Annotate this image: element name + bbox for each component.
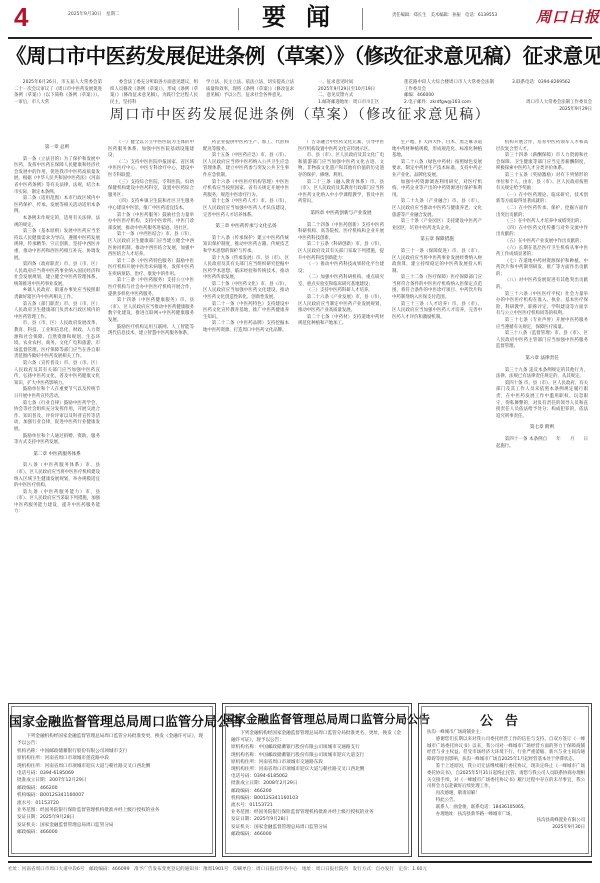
article: 广告等融合中医药文化元素，引导中医医疗机构设置中医药文化宣传展示区。 <box>298 140 384 153</box>
notice-field: 流水号：01153720 <box>17 800 207 807</box>
notice-intro: 下列金融机构经国家金融监督管理总局周口监管分局批准变更，换发《金融许可证》，现予… <box>17 733 207 748</box>
notice-field: 批准成立日期：2008年2月29日 <box>231 780 405 787</box>
chapter-heading: 第二章 中医药服务体系 <box>14 452 100 459</box>
article: 第二十四条（中医药创新）支持中医药科研机构、高等院校、医疗机构和企业开展中医药科… <box>298 223 384 243</box>
article: 第八条（中医药服务体系）市、县（市）、区人民政府应当将中医医疗机构建设纳入区域卫… <box>14 463 100 489</box>
article: 第十六条（中医医疗机构管理）中医医疗机构应当按照国家、省有关规定开展中医药服务，… <box>203 180 289 200</box>
article: （五）在中医药产业发展中作出贡献的； <box>496 239 588 246</box>
article: 第三十八条（监督管理）市、县（市）、区人民政府中医药主管部门应当加强中医药服务监… <box>496 331 588 351</box>
article: （三）支持综合医院、专科医院、妇幼保健机构建设中医药科室，设置中医药综合服务区； <box>108 180 194 200</box>
article: 第四十条 市、县（市）、区人民政府、有关部门及其工作人员未依照本条例规定履行职责… <box>496 381 588 421</box>
newspaper-logo: 周口日报 <box>536 6 600 27</box>
article: （一）在中医药理论、临床研究、技术创新等方面取得显著成就的； <box>496 193 588 206</box>
bottom-rule <box>8 861 592 863</box>
top-rule <box>8 37 592 39</box>
intro-signature-date: 2025年9月29日 <box>492 107 592 114</box>
draft-subtitle: 周口市中医药发展促进条例（草案）（修改征求意见稿） <box>100 104 500 126</box>
article: 本条例未作规定的，适用有关法律、法规的规定。 <box>14 216 100 229</box>
notice-field: 机构名称：中国邮政储蓄银行股份有限公司项城市支行 <box>17 748 207 755</box>
intro-col-3: 学立法、民主立法、依法立法，切实提高立法质量和效率，现将《条例（草案）》（修改征… <box>206 80 294 100</box>
notice-greeting: 扶沟一峰城市广场商铺业主： <box>427 730 585 737</box>
article: 市、县（市）、区人民政府及其文化广电和旅游部门应当加强中医药文化古迹、文物、非物… <box>298 153 384 179</box>
notice-field: 邮政编码：466000 <box>17 829 207 836</box>
notice-field: 原机构名称：中国邮政储蓄银行股份有限公司项城市交通路支行 <box>231 744 405 751</box>
article: 机构开展合作，培育中医药领军人才和高层次复合型人才。 <box>496 140 588 153</box>
notice-body: 下列金融机构经国家金融监督管理总局周口监管分局批准变更，换发《金融许可证》，现予… <box>17 733 207 837</box>
notice-title: 国家金融监督管理总局周口监管分局公告 <box>9 711 215 730</box>
article: 加强中药资源调查利用研究，对医疗机构、中药企业等产出的中药资源进行保护和利用。 <box>392 180 482 200</box>
article: 第十三条（中医药服务）支持公立中医医疗机构与社会办中医医疗机构开展合作，提供多样… <box>108 278 194 298</box>
article: 鼓励医疗机构运用互联网、人工智能等现代信息技术，建立智慧中医药服务体系。 <box>108 325 194 338</box>
article: 第十二条（中医药特色服务）鼓励中医医疗机构开展中医治未病服务，发挥中医药在疾病预… <box>108 259 194 279</box>
intro-col-6: 3.联系电话：0394-8269562 <box>512 80 592 87</box>
chapter-heading: 第六章 法律责任 <box>496 356 588 363</box>
chapter-heading: 第一章 总则 <box>14 145 100 152</box>
body-column-3: 药企业提供中医药生产、加工、代煎和配送等服务。 第十五条（中医药应急）市、县（市… <box>203 140 289 685</box>
article: 第四条（政府职责）市、县（市、区）人民政府应当将中医药事业纳入国民经济和社会发展… <box>14 262 100 288</box>
notice-intro: 下列金融机构经国家金融监督管理总局周口监管分局批准更名、更址，换发《金融许可证》… <box>231 730 405 744</box>
article: 鼓励单位和个人在重要节气以及传统节日开展中医药宣传活动。 <box>14 387 100 400</box>
article: 第九条（中医药服务能力）市、县（市）、区人民政府应当采取下列措施，加强中医药服务… <box>14 490 100 516</box>
body-column-5: 生产地，扩大四大怀、白术、黑芝麻等道地中药材种植规模，形成规范化、标准化种植基地… <box>392 140 482 685</box>
article: 市、县（市、区）人民政府发展改革、教育、科技、工业和信息化、财政、人力资源和社会… <box>14 321 100 361</box>
chapter-heading: 第七章 附则 <box>496 425 588 432</box>
body-column-4: 广告等融合中医药文化元素，引导中医医疗机构设置中医药文化宣传展示区。 市、县（市… <box>298 140 384 685</box>
article: 鼓励单位和个人通过捐赠、资助、服务等方式支持中医药发展。 <box>14 434 100 447</box>
article: 第三十二条（医疗保障）医疗保障部门应当将符合条件的中医医疗机构纳入医保定点范围，… <box>392 275 482 301</box>
article: 第十四条（中医药健康服务）市、县（市）、区人民政府应当推动中医药健康服务数字化建… <box>108 298 194 324</box>
article: 第三十一条（保障促进）市、县（市）、区人民政府应当将中医药事业发展经费纳入财政预… <box>392 249 482 275</box>
notice-field: 邮政编码：466200 <box>231 788 405 795</box>
finance-notice-1: 国家金融监督管理总局周口监管分局公告 下列金融机构经国家金融监督管理总局周口监管… <box>8 703 216 857</box>
notice-field: 发证日期：2025年9月28日 <box>17 814 207 821</box>
article: 第十五条（中医药应急）市、县（市）、区人民政府应当将中医药纳入公共卫生应急管理体… <box>203 153 289 179</box>
page-number: 4 <box>14 3 28 31</box>
article: 第三十五条（奖励激励）对有下列情形的单位和个人，由市、县（市）、区人民政府按照有… <box>496 173 588 193</box>
article: 第二十七条（中药材）支持道地中药材规范化种植和产地加工。 <box>298 315 384 328</box>
masthead-divider <box>362 8 363 30</box>
notice-body: 扶沟一峰城市广场商铺业主： 感谢您们长期以来对我公司委托经营工作的信任与支持。自… <box>427 730 585 832</box>
article: （二）在中医药传承、保护、挖掘方面作出突出贡献的； <box>496 206 588 219</box>
notice-body: 下列金融机构经国家金融监督管理总局周口监管分局批准更名、更址，换发《金融许可证》… <box>231 730 405 838</box>
notice-field: 现机构名称：中国邮政储蓄银行股份有限公司项城市迎宾大道支行 <box>231 752 405 759</box>
body-column-6: 机构开展合作，培育中医药领军人才和高层次复合型人才。 第三十四条（薪酬保障）市人… <box>496 140 588 685</box>
article: 第二十九条（产业融合）市、县（市）、区人民政府应当推动中医药与健康养老、文化旅游… <box>392 199 482 219</box>
article: 第二条（适用范围）本市行政区域内中医药保护、传承、发展等相关活动适用本条例。 <box>14 196 100 216</box>
notice-field: 发证日期：2025年9月28日 <box>231 816 405 823</box>
notice-field: 机构编码：B0012S341160007 <box>17 792 207 799</box>
article: 第十八条（传承保护）建立中医药传统知识保护制度，推动中医药古籍、传统技艺和学术思… <box>203 236 289 256</box>
notice-field: 发证机关：国家金融监督管理总局周口监管分局 <box>231 824 405 831</box>
main-headline: 《周口市中医药发展促进条例（草案）》（修改征求意见稿）征求意见公告 <box>6 42 594 70</box>
masthead-divider <box>238 8 239 30</box>
notice-title: 国家金融监督管理总局周口监管分局公告 <box>223 711 411 727</box>
notice-field: 原机构住所：河南省周口市项城市交通路东段 <box>231 759 405 766</box>
notice-field: 现机构住所：河南省周口市项城市迎宾大道与朝社路交叉口西北侧 <box>231 766 405 773</box>
chapter-heading: 第五章 保障措施 <box>392 237 482 244</box>
article: 第一条（立法目的）为了保护和发展中医药，发挥中医药在保障人民健康和经济社会发展中… <box>14 157 100 197</box>
notice-signature-date: 2025年9月30日 <box>427 825 585 832</box>
article: 第三十四条（薪酬保障）市人力资源和社会保障、卫生健康等部门应当完善薪酬制度，积极… <box>496 153 588 173</box>
body-column-2: （一）健全以公立中医医院为主体的中医药服务体系，加强中医医院基础设施建设； （二… <box>108 140 194 685</box>
article: 第二十一条（中医药特色）支持建设中医药文化宣传教育基地，推广中医药健康养生知识。 <box>203 302 289 322</box>
article: 第二十六条（产业发展）市、县（市）、区人民政府应当制定中医药产业发展规划，推动中… <box>298 295 384 315</box>
article: 生产地，扩大四大怀、白术、黑芝麻等道地中药材种植规模，形成规范化、标准化种植基地… <box>392 140 482 160</box>
article: （七）在道地中药材资源保护和种植、中药饮片和中药制剂研发、推广等方面作出贡献的； <box>496 259 588 279</box>
notice-title: 公告 <box>419 710 591 729</box>
article: 第十九条（传承发展）市、县（市）、区人民政府及其有关部门应当组织研究挖掘中医药学… <box>203 256 289 282</box>
article: 第十七条（中医药人才）市、县（市）、区人民政府应当加强中医药人才队伍建设，完善中… <box>203 199 289 219</box>
intro-col-4: 一、征求意见时间 2025年9月29日至10月19日 二、意见反馈方式 1.邮寄… <box>318 80 406 106</box>
article: 第二十三条（融入教育体系）市、县（市）、区人民政府及其教育行政部门应当将中医药文… <box>298 180 384 206</box>
notice-field: 电话号码：0394-6185069 <box>17 770 207 777</box>
article: （二）支持中医医院申报国家、省区域中医医疗中心、中医专科诊疗中心，建设中医专科联… <box>108 160 194 180</box>
property-notice: 公告 扶沟一峰城市广场商铺业主： 感谢您们长期以来对我公司委托经营工作的信任与支… <box>418 703 592 857</box>
article: 第二十八条（绿色中药材）按照绿色发展要求，制定中药材生产技术标准，支持中药企业产… <box>392 160 482 180</box>
page-footer: 社址：河南省周口市周口大道中段6号 邮政编码：466099 准予广告发布变更登记… <box>8 866 592 872</box>
chapter-heading: 第四章 中医药创新与产业发展 <box>298 211 384 218</box>
notice-field: 电话号码：0394-6185062 <box>231 773 405 780</box>
article: （四）在中医药文化传播与对外交流中作出贡献的； <box>496 226 588 239</box>
article: 第五条（部门职责）市、县（市、区）人民政府卫生健康部门负责本行政区域内的中医药管… <box>14 302 100 322</box>
article: 第三十条（产业园区）支持建设中医药产业园区，培育中医药龙头企业。 <box>392 219 482 232</box>
article: 第三条（基本原则）发展中医药应当坚持以人民健康需求为导向，遵循中医药发展规律，传… <box>14 229 100 262</box>
article: （四）支持乡镇卫生院和社区卫生服务中心建设中医馆，推广中医药适宜技术。 <box>108 199 194 212</box>
article: 第三十三条（人才培养）市、县（市）、区人民政府应当加强中医药人才培养，完善中医药… <box>392 302 482 322</box>
intro-col-1: 2025年6月26日，市五届人大常委会第二十一次会议审议了《周口市中医药发展促进… <box>14 80 102 106</box>
notice-paragraph: 感谢您们长期以来对我公司委托经营工作的信任与支持。自双方签订《一峰城市广场委托协… <box>427 737 585 764</box>
notice-paragraph: 鉴于上述原因，我公司无法继续履行委托协议，现决定终止《一峰城市广场委托协议书》，… <box>427 764 585 791</box>
chapter-heading: 第三章 中医药传承与文化弘扬 <box>203 224 289 231</box>
notice-field: 批准成立日期：2007年12月29日 <box>17 777 207 784</box>
intro-signature-org: 周口市人大常委会法制工作委员会 <box>492 100 592 107</box>
notice-field: 现机构住所：河南省周口市项城市迎宾大道与朝社路交叉口西北侧 <box>17 763 207 770</box>
finance-notice-2: 国家金融监督管理总局周口监管分局公告 下列金融机构经国家金融监督管理总局周口监管… <box>222 703 412 857</box>
article: 第十条（中医药服务）鼓励社会力量举办中医医疗机构，支持中医诊所、中医门诊部发展，… <box>108 213 194 233</box>
article: （一）健全以公立中医医院为主体的中医药服务体系，加强中医医院基础设施建设； <box>108 140 194 160</box>
notice-field: 业务范围：经国务院银行保险监督管理机构批准并经上级行授权的业务 <box>17 807 207 814</box>
article: 第六条（宣传普及）市、县（市、区）人民政府及其有关部门应当加强中医药宣传，弘扬中… <box>14 361 100 387</box>
article: 第三十六条（中医医疗平权）社会力量举办的中医医疗机构在准入、执业、基本医疗保险、… <box>496 292 588 318</box>
article: 第三十七条（专业声誉）开展中医药服务应当遵循有关规定，保障医疗质量。 <box>496 318 588 331</box>
notice-paragraph: 特此公告。 <box>427 798 585 805</box>
article: 第四十一条 本条例自 年 月 日起施行。 <box>496 437 588 450</box>
notice-field: 原机构住所：河南省周口市项城市莲花路中段 <box>17 755 207 762</box>
article: （一）推动中医药科技成果转化平台建设； <box>298 262 384 275</box>
notice-paragraph: 再次感谢，敬请谅解！ <box>427 791 585 798</box>
article: （六）长期在基层医疗卫生机构从事中医药工作成绩显著的； <box>496 246 588 259</box>
article: （二）加强中医药科研机构、重点研究室、重点实验室和临床研究基地建设； <box>298 275 384 288</box>
article: 第七条（行业自律）鼓励中医药学会、协会等社会组织充分发挥作用，开展交流合作、知识… <box>14 401 100 434</box>
notice-field: 业务范围：经国务院银行保险监督管理机构批准并经上级行授权的业务 <box>231 809 405 816</box>
article: 第二十二条（中医药品牌）支持挖掘本地中医药资源，打造周口中医药文化品牌。 <box>203 321 289 334</box>
article: 药企业提供中医药生产、加工、代煎和配送等服务。 <box>203 140 289 153</box>
section-title: 要闻 <box>262 2 350 32</box>
article: 第十一条（中西医结合）市、县（市）、区人民政府卫生健康部门应当建立健全中西医协同… <box>108 232 194 258</box>
notice-contact: 联系人：曲金俊，联系电话：18436105065。 <box>427 805 585 812</box>
article: 第三十九条 违反本条例规定的其他行为，法律、法规已有法律责任规定的，从其规定。 <box>496 368 588 381</box>
intro-col-2: 委会法工委充分听取各方面意见建议，组织人员修改《条例（草案）》，形成《条例（草案… <box>110 80 198 106</box>
article: （八）对中医药发展促进有其他突出贡献的。 <box>496 278 588 291</box>
notice-field: 流水号：01153721 <box>231 802 405 809</box>
body-column-1: 第一章 总则 第一条（立法目的）为了保护和发展中医药，发挥中医药在保障人民健康和… <box>14 140 100 685</box>
notice-field: 邮政编码：466200 <box>17 785 207 792</box>
intro-col-5: 莲花路中段人大综合楼周口市人大常委会法制工作委员会 邮编：466000 2.电子… <box>404 80 494 106</box>
article: 乡镇人民政府、街道办事处应当按照职责做好辖区内中医药相关工作。 <box>14 288 100 301</box>
article: 第二十条（中医药文化）市、县（市）、区人民政府应当加强中医药文化建设，推动中医药… <box>203 282 289 302</box>
notice-field: 邮政编码：466000 <box>231 831 405 838</box>
article: （三）在中医药人才培养中成绩突出的； <box>496 219 588 226</box>
notice-field: 机构编码：B0012S341160103 <box>231 795 405 802</box>
editor-credits: 责任编辑：郑长生 美术编辑：孙振 电话：6139553 <box>392 12 497 18</box>
notice-field: 发证机关：国家金融监督管理总局周口监管分局 <box>17 822 207 829</box>
issue-date: 2025年9月30日 星期二 <box>68 11 120 17</box>
article: 第二十五条（科研创新）市、县（市）、区人民政府及其有关部门采取下列措施，提升中医… <box>298 242 384 262</box>
